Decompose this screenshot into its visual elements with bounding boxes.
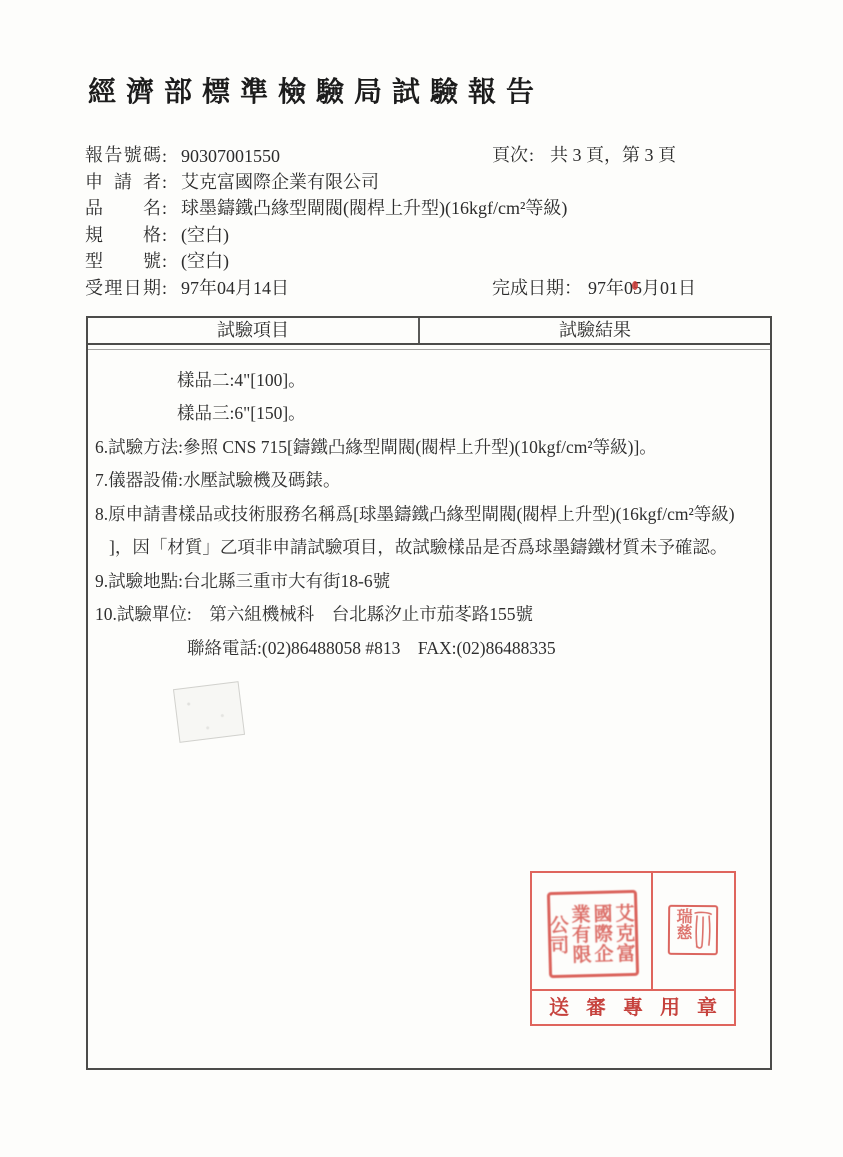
field-value: (空白) bbox=[181, 225, 229, 245]
report-line-contact: 聯絡電話:(02)86488058 #813 FAX:(02)86488335 bbox=[187, 635, 556, 660]
personal-seal-stamp: 瑞慈 bbox=[668, 905, 718, 955]
page-title: 經濟部標準檢驗局試驗報告 bbox=[88, 70, 544, 110]
field-value: 90307001550 bbox=[181, 146, 280, 166]
erased-stamp-mark bbox=[173, 681, 245, 743]
seal-script-strokes-icon bbox=[692, 910, 714, 950]
field-report-number: 報告號碼:90307001550 bbox=[85, 141, 280, 167]
report-line-location: 9.試驗地點:台北縣三重市大有街18-6號 bbox=[95, 568, 390, 593]
column-header-test-item: 試驗項目 bbox=[88, 318, 420, 343]
report-line-unit: 10.試驗單位: 第六組機械科 台北縣汐止市茄苳路155號 bbox=[95, 601, 533, 626]
field-spec: 規格:(空白) bbox=[85, 221, 229, 247]
field-label: 品名 bbox=[85, 194, 161, 220]
field-label: 規格 bbox=[85, 221, 161, 247]
field-label: 頁次 bbox=[492, 145, 528, 165]
results-table: 試驗項目 試驗結果 樣品二:4"[100]。 樣品三:6"[150]。 6.試驗… bbox=[86, 316, 772, 1070]
personal-seal-text: 瑞慈 bbox=[672, 908, 692, 952]
field-product-name: 品名:球墨鑄鐵凸緣型閘閥(閥桿上升型)(16kgf/cm²等級) bbox=[85, 194, 567, 220]
field-value: (空白) bbox=[181, 251, 229, 271]
field-applicant: 申請者:艾克富國際企業有限公司 bbox=[85, 168, 379, 194]
report-line-method: 6.試驗方法:參照 CNS 715[鑄鐵凸緣型閘閥(閥桿上升型)(10kgf/c… bbox=[95, 434, 657, 459]
stamp-divider-vertical bbox=[651, 873, 653, 989]
report-line-original-name-cont: ]，因「材質」乙項非申請試驗項目，故試驗樣品是否爲球墨鑄鐵材質未予確認。 bbox=[109, 534, 727, 559]
field-value: 艾克富國際企業有限公司 bbox=[181, 172, 379, 192]
field-value: 97年05月01日 bbox=[588, 278, 696, 298]
field-label: 報告號碼 bbox=[85, 141, 161, 167]
field-model: 型號:(空白) bbox=[85, 247, 229, 273]
red-ink-dot bbox=[632, 281, 638, 290]
report-line-sample3: 樣品三:6"[150]。 bbox=[177, 400, 306, 425]
field-completion-date: 完成日期：97年05月01日 bbox=[492, 274, 696, 300]
field-value: 共 3 頁，第 3 頁 bbox=[550, 145, 676, 165]
column-header-test-result: 試驗結果 bbox=[420, 318, 770, 343]
company-seal-stamp: 艾克富國際企業有限公司 bbox=[547, 890, 639, 978]
report-line-sample2: 樣品二:4"[100]。 bbox=[177, 367, 306, 392]
submission-stamp-box: 艾克富國際企業有限公司 瑞慈 送審專用章 bbox=[530, 871, 736, 1026]
field-accept-date: 受理日期:97年04月14日 bbox=[85, 274, 289, 300]
stamp-caption: 送審專用章 bbox=[532, 991, 734, 1024]
field-label: 完成日期 bbox=[492, 278, 564, 298]
field-value: 97年04月14日 bbox=[181, 278, 289, 298]
field-value: 球墨鑄鐵凸緣型閘閥(閥桿上升型)(16kgf/cm²等級) bbox=[181, 198, 567, 218]
report-line-equipment: 7.儀器設備:水壓試驗機及碼錶。 bbox=[95, 467, 341, 492]
table-header-underline bbox=[88, 349, 770, 350]
field-page-number: 頁次:共 3 頁，第 3 頁 bbox=[492, 141, 676, 167]
report-line-original-name: 8.原申請書樣品或技術服務名稱爲[球墨鑄鐵凸緣型閘閥(閥桿上升型)(16kgf/… bbox=[95, 501, 735, 526]
table-header-row: 試驗項目 試驗結果 bbox=[88, 318, 770, 345]
field-label: 申請者 bbox=[85, 168, 161, 194]
field-label: 型號 bbox=[85, 247, 161, 273]
scanned-report-page: 經濟部標準檢驗局試驗報告 報告號碼:90307001550 申請者:艾克富國際企… bbox=[0, 0, 843, 1157]
field-label: 受理日期 bbox=[85, 274, 161, 300]
